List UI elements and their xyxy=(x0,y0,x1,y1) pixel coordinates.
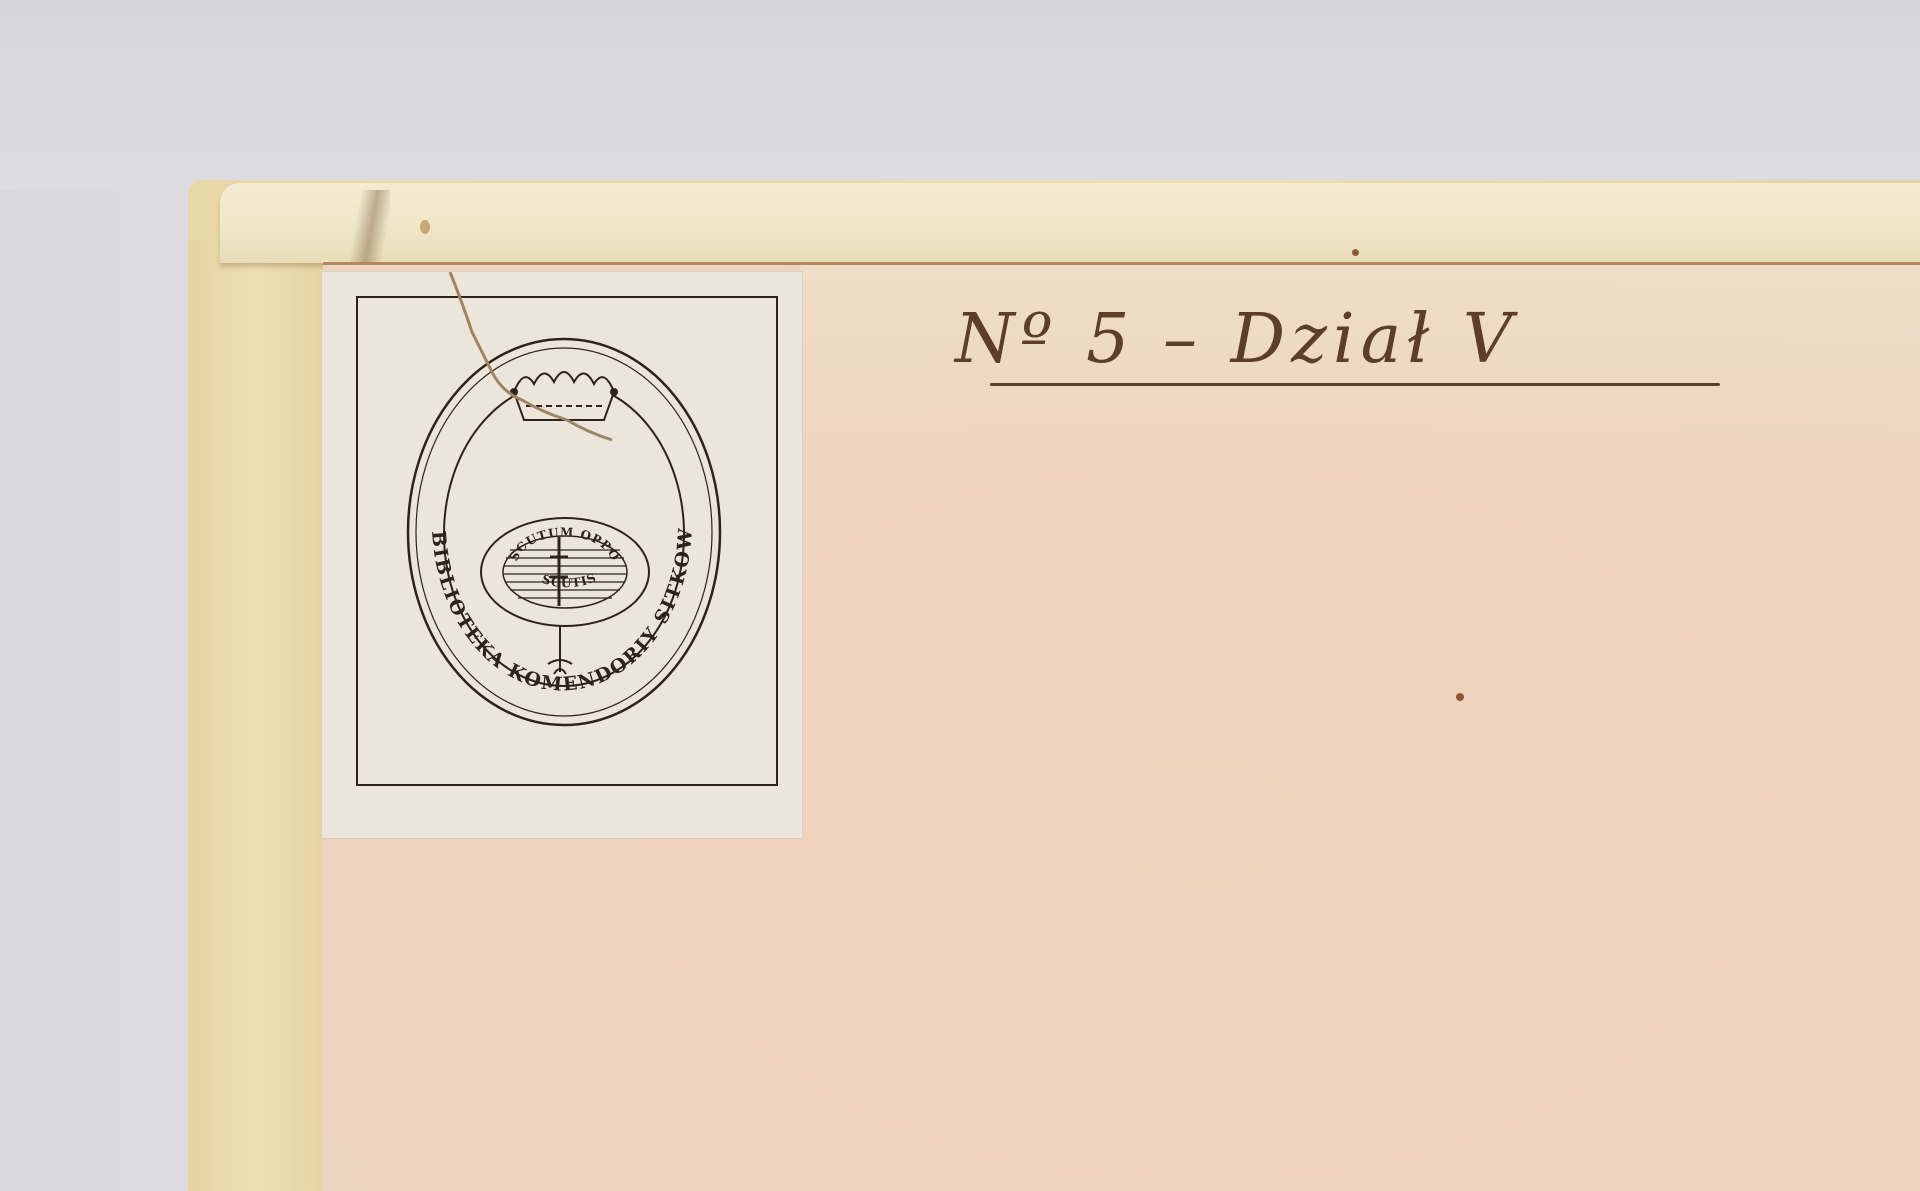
pendant-cross-icon xyxy=(548,626,572,674)
cover-turn-in-top xyxy=(220,183,1920,263)
svg-text:BIBLIOTEKA KOMENDORIY SITKOWIE: BIBLIOTEKA KOMENDORIY SITKOWIECKIY. xyxy=(322,272,697,696)
foxing-spot xyxy=(1456,693,1464,701)
bookplate-motto-bottom: SCUTIS xyxy=(540,570,599,590)
foxing-spot xyxy=(420,220,430,234)
bookplate-legend-text: BIBLIOTEKA KOMENDORIY SITKOWIECKIY. xyxy=(322,272,697,696)
handwriting-underline xyxy=(990,383,1720,386)
cross-icon xyxy=(550,537,568,606)
background-surface xyxy=(0,0,1920,190)
crown-icon xyxy=(510,372,618,420)
bookplate-engraving: BIBLIOTEKA KOMENDORIY SITKOWIECKIY. xyxy=(322,272,802,838)
bookplate: BIBLIOTEKA KOMENDORIY SITKOWIECKIY. xyxy=(322,272,802,838)
svg-text:SCUTIS: SCUTIS xyxy=(540,570,599,590)
handwritten-shelfmark: Nº 5 – Dział V xyxy=(955,290,1715,390)
cover-turn-in-left xyxy=(188,240,325,1191)
ink-spot xyxy=(1352,249,1359,256)
